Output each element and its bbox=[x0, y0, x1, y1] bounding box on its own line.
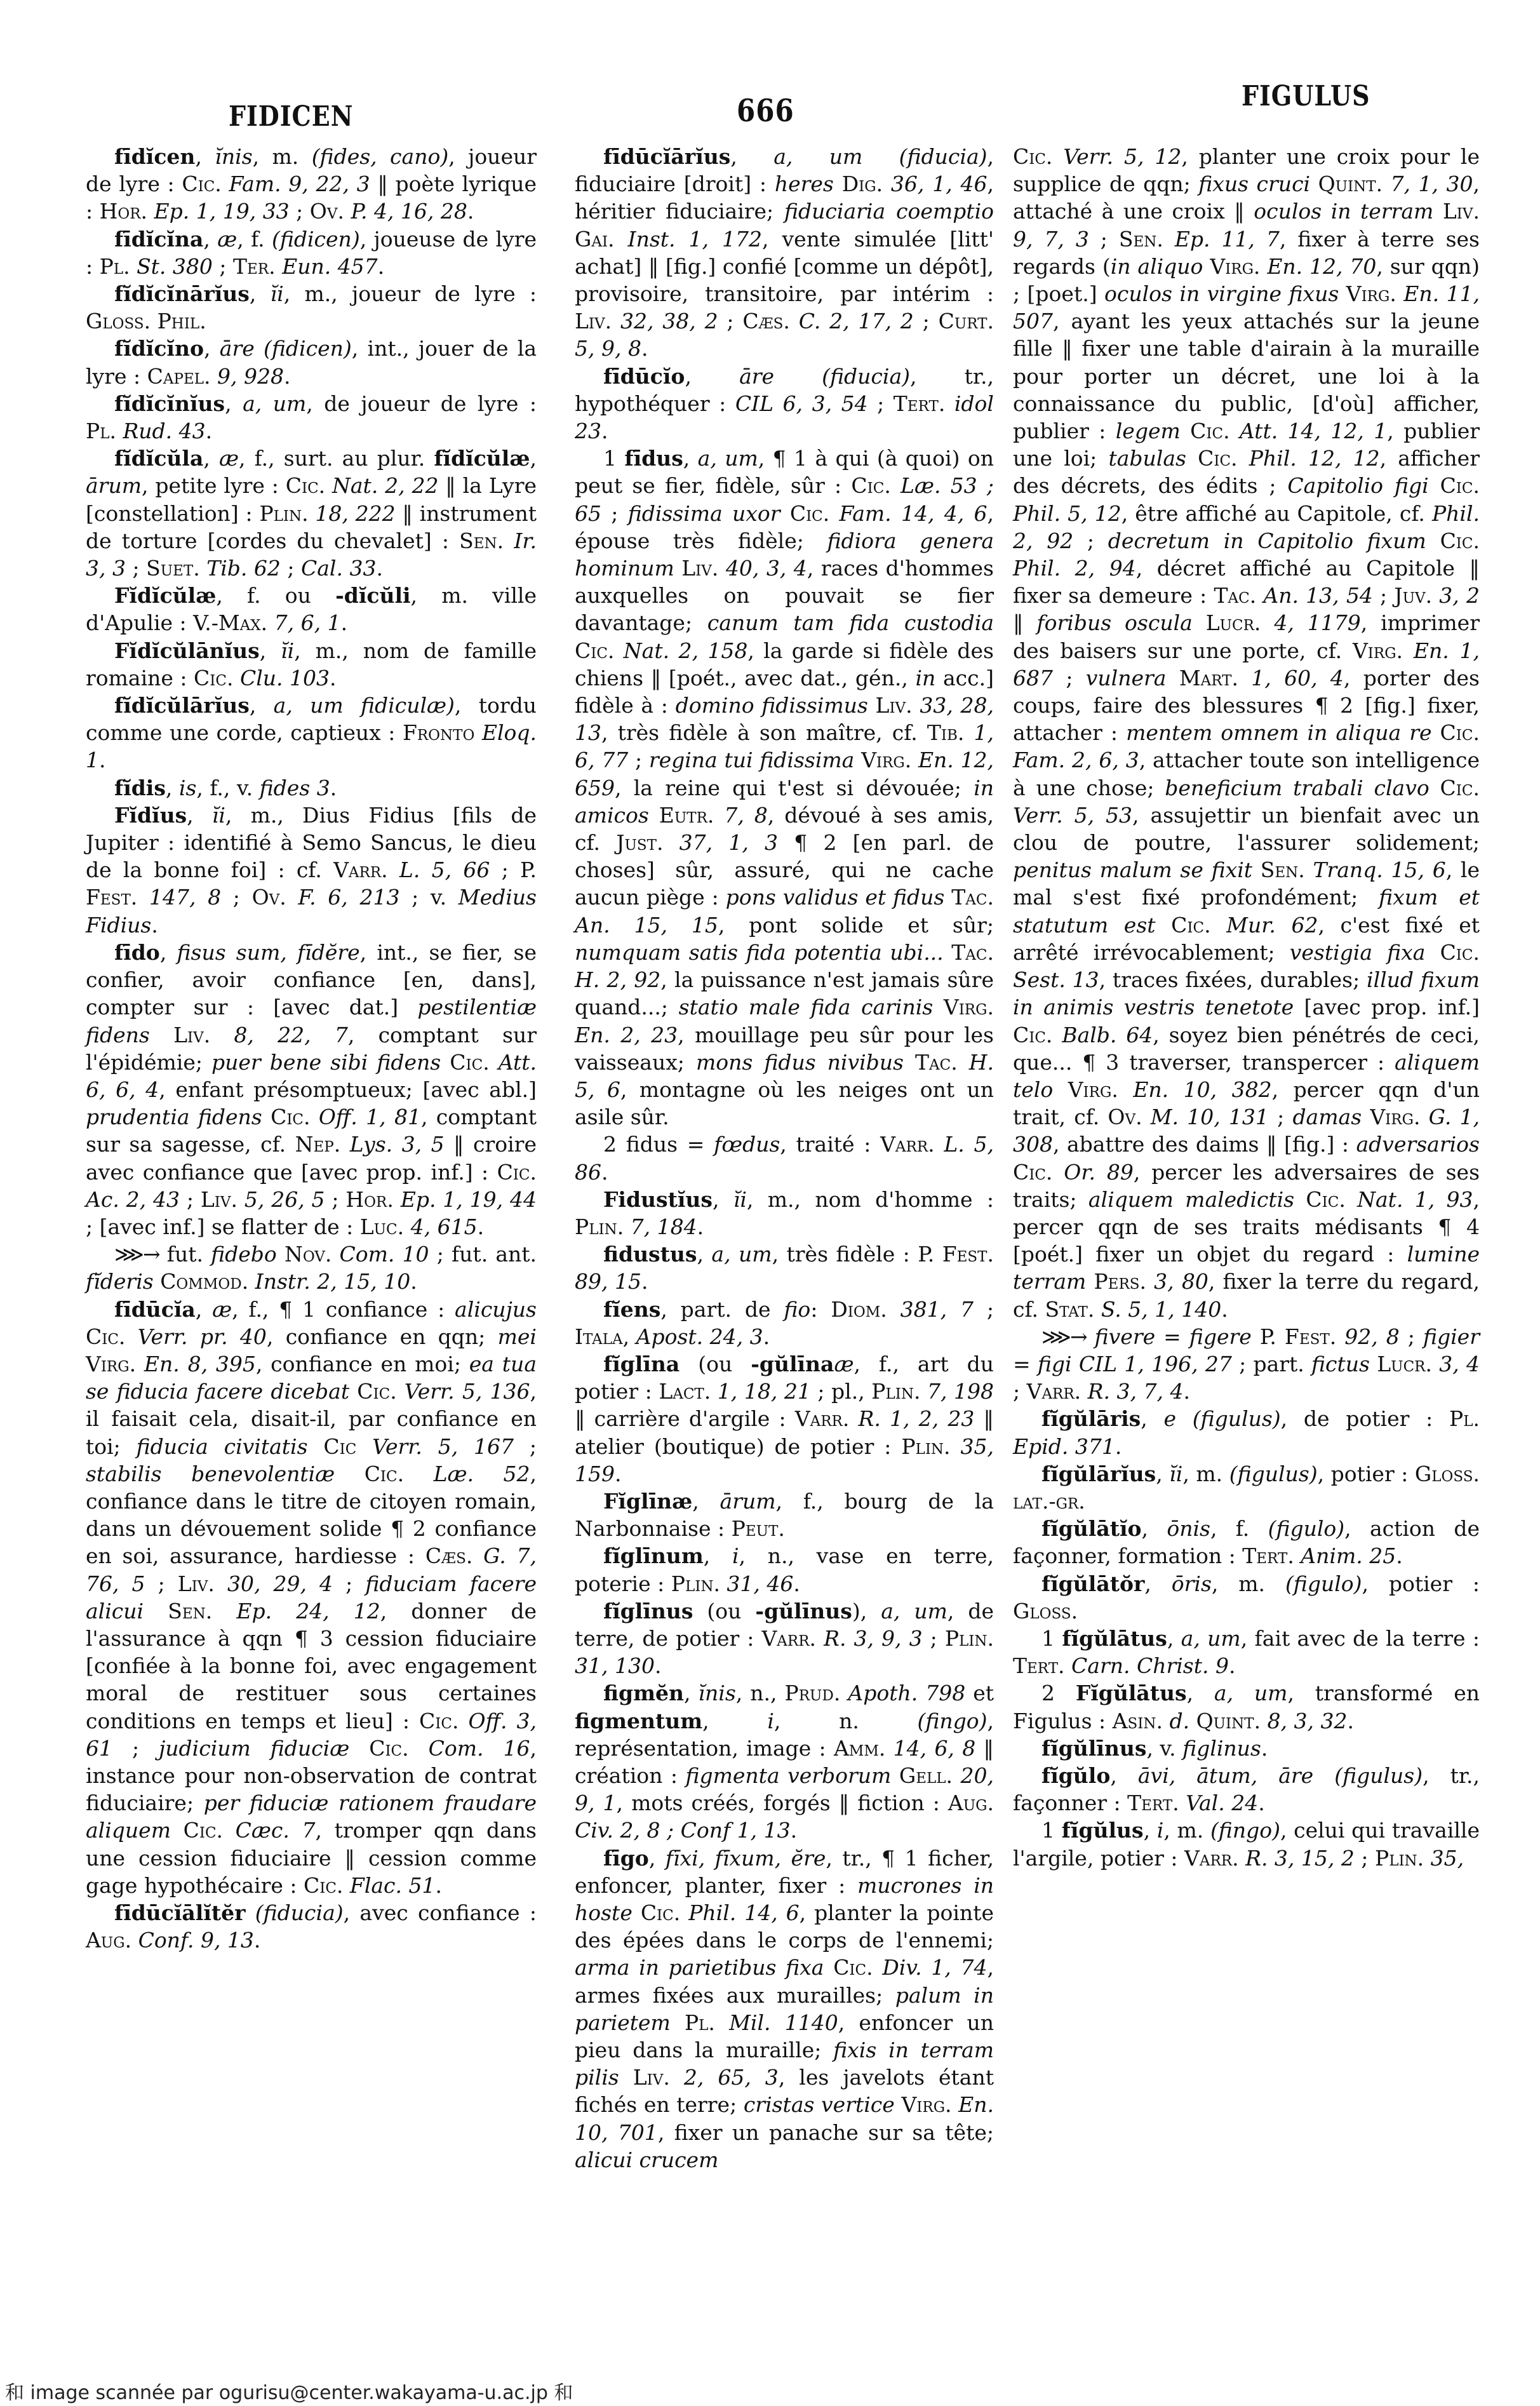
dictionary-entry: fĭgŭlātĭo, ōnis, f. (figulo), action de … bbox=[1013, 1515, 1480, 1569]
entry-text: Mur. 62 bbox=[1211, 913, 1318, 938]
entry-text: Varr. bbox=[880, 1132, 935, 1157]
entry-text: ; bbox=[1053, 666, 1086, 690]
entry-text: ; bbox=[325, 1187, 346, 1212]
dictionary-entry: fīdūcĭārĭus, a, um (fiducia), fiduciaire… bbox=[575, 143, 994, 363]
entry-text: Nat. 2, 158 bbox=[614, 638, 747, 663]
entry-text: , confiance en qqn; bbox=[267, 1324, 498, 1349]
entry-text: Phil. 2, 94 bbox=[1013, 556, 1136, 581]
headword: Fĭdĭcŭlæ bbox=[114, 583, 216, 608]
headword: fĭgŭlo bbox=[1041, 1763, 1110, 1788]
entry-text: P. Fest. bbox=[918, 1242, 994, 1267]
entry-text bbox=[1072, 1352, 1079, 1376]
entry-text bbox=[1429, 473, 1440, 498]
entry-text: 7, 8 bbox=[714, 803, 767, 828]
entry-text: fides 3 bbox=[260, 776, 330, 800]
entry-text: , f. bbox=[237, 227, 272, 252]
headword: Fĭdĭcŭlānĭus bbox=[114, 638, 260, 663]
entry-text: An. 15, 15 bbox=[575, 913, 718, 938]
arrow-icon: ⋙→ bbox=[114, 1242, 159, 1267]
entry-text bbox=[1430, 776, 1440, 800]
entry-text: aliquem maledictis bbox=[1088, 1187, 1294, 1212]
entry-text: Pl. bbox=[100, 254, 130, 279]
entry-text bbox=[944, 885, 951, 910]
column-left: fīdĭcen, ĭnis, m. (fides, cano), joueur … bbox=[86, 143, 537, 1954]
entry-text: Capel. bbox=[147, 364, 211, 389]
entry-text: , bbox=[1167, 1626, 1181, 1651]
entry-text: , bbox=[1144, 1571, 1171, 1596]
entry-text: . bbox=[793, 1571, 800, 1596]
entry-text: , abattre des daims ‖ [fig.] : bbox=[1053, 1132, 1356, 1157]
entry-text: arma in parietibus fixa bbox=[575, 1955, 824, 1980]
entry-text bbox=[674, 556, 681, 581]
entry-text: Ov. bbox=[252, 885, 286, 910]
entry-text: figmenta verborum bbox=[685, 1763, 891, 1788]
entry-text: Commod. bbox=[160, 1269, 248, 1294]
entry-text: , v. bbox=[1146, 1736, 1182, 1761]
headword: fĭdĭcĭnĭus bbox=[114, 391, 225, 416]
entry-text: 5, 9, 8 bbox=[575, 336, 641, 361]
entry-text: fio bbox=[784, 1297, 810, 1322]
entry-text: P. Fest. bbox=[1260, 1324, 1336, 1349]
entry-text: numquam satis fida potentia ubi... bbox=[575, 940, 944, 965]
entry-text: Liv. bbox=[178, 1571, 215, 1596]
entry-text bbox=[1181, 419, 1190, 443]
entry-text: ; bbox=[112, 1736, 159, 1761]
entry-text bbox=[649, 803, 659, 828]
entry-text: Ov. bbox=[310, 199, 344, 224]
entry-text: penitus malum se fixit bbox=[1013, 857, 1252, 882]
entry-text: Lys. 3, 5 bbox=[340, 1132, 444, 1157]
entry-text: decretum in Capitolio fixum bbox=[1108, 528, 1426, 553]
dictionary-entry: 1 fĭgŭlus, i, m. (fingo), celui qui trav… bbox=[1013, 1817, 1480, 1871]
entry-text: ; bbox=[923, 1626, 945, 1651]
entry-text: (figulo) bbox=[1268, 1516, 1345, 1541]
entry-text: æ bbox=[834, 1352, 854, 1376]
entry-text: Capitolio figi bbox=[1287, 473, 1428, 498]
entry-text: Virg. bbox=[1370, 1105, 1420, 1129]
entry-text: (figulus) bbox=[1229, 1462, 1318, 1486]
entry-text bbox=[1252, 1324, 1260, 1349]
entry-text: Virg. bbox=[1210, 254, 1260, 279]
entry-text: Cic. bbox=[497, 1160, 537, 1185]
dictionary-entry: ⋙→ fivere = figere P. Fest. 92, 8 ; figi… bbox=[1013, 1323, 1480, 1406]
entry-text bbox=[854, 748, 861, 772]
headword: fīgo bbox=[603, 1846, 649, 1871]
entry-text: Virg. bbox=[1353, 638, 1403, 663]
entry-text: Civ. 2, 8 ; Conf 1, 13 bbox=[575, 1818, 791, 1843]
entry-text: fīxi, fīxum, ĕre bbox=[666, 1846, 826, 1871]
entry-text bbox=[1203, 254, 1210, 279]
entry-text: d. bbox=[1163, 1709, 1189, 1733]
entry-text: Quint. bbox=[1196, 1709, 1261, 1733]
entry-text: Asin. bbox=[1113, 1709, 1163, 1733]
entry-text: Virg. bbox=[86, 1352, 136, 1376]
entry-text: R. 3, 7, 4 bbox=[1081, 1379, 1183, 1404]
entry-text bbox=[277, 1242, 285, 1267]
entry-text: , bbox=[649, 1846, 666, 1871]
entry-text: Tac. bbox=[951, 940, 994, 965]
entry-text: ; bbox=[126, 556, 146, 581]
entry-text: Val. 24 bbox=[1179, 1791, 1259, 1815]
entry-text: : bbox=[810, 1297, 831, 1322]
dictionary-entry: fīdĭcĭna, æ, f. (fidicen), joueuse de ly… bbox=[86, 225, 537, 280]
entry-text: 30, 29, 4 bbox=[215, 1571, 333, 1596]
entry-text: a, um bbox=[1214, 1681, 1288, 1705]
dictionary-entry: fīdūcĭālĭtĕr (fiducia), avec confiance :… bbox=[86, 1899, 537, 1954]
entry-text: , m., joueur de lyre : bbox=[284, 281, 537, 306]
headword: fidustus bbox=[603, 1242, 697, 1267]
entry-text bbox=[1339, 281, 1346, 306]
entry-text: figlinus bbox=[1182, 1736, 1261, 1761]
entry-text: Div. 1, 74 bbox=[873, 1955, 988, 1980]
entry-text: ĭi bbox=[281, 638, 294, 663]
entry-text: ; [avec inf.] se flatter de : bbox=[86, 1214, 360, 1239]
entry-text: ; bbox=[1089, 227, 1119, 252]
entry-text: ōnis bbox=[1167, 1516, 1210, 1541]
entry-text: regina tui fidissima bbox=[649, 748, 855, 772]
entry-text: 14, 6, 8 bbox=[885, 1736, 975, 1761]
entry-text: Sest. 13 bbox=[1013, 967, 1099, 992]
headword: fīdūcĭārĭus bbox=[603, 144, 730, 169]
entry-text: fiducia civitatis bbox=[137, 1434, 308, 1459]
entry-text: Tert. bbox=[1127, 1791, 1179, 1815]
entry-text: æ bbox=[217, 227, 237, 252]
headword: Fĭgŭlātus bbox=[1076, 1681, 1187, 1705]
entry-text: Cic. bbox=[365, 1462, 404, 1486]
entry-text: , bbox=[713, 1187, 733, 1212]
entry-text bbox=[891, 1763, 899, 1788]
dictionary-entry: Fĭdĭcŭlānĭus, ĭi, m., nom de famille rom… bbox=[86, 637, 537, 692]
entry-text: Tib. 62 bbox=[200, 556, 281, 581]
entry-text: Curt. bbox=[939, 309, 994, 333]
entry-text bbox=[1189, 1709, 1196, 1733]
entry-text: Tranq. 15, 6 bbox=[1305, 857, 1446, 882]
entry-text: Plin. bbox=[671, 1571, 720, 1596]
headword: fīdĭcen bbox=[114, 144, 195, 169]
entry-text: , bbox=[187, 803, 212, 828]
entry-text: (fiducia) bbox=[255, 1900, 344, 1925]
entry-text: Pl. bbox=[86, 419, 116, 443]
entry-text: a, um bbox=[698, 446, 758, 471]
entry-text bbox=[633, 1900, 641, 1925]
entry-text: Verr. pr. 40 bbox=[125, 1324, 266, 1349]
entry-text: , bbox=[692, 1489, 720, 1514]
entry-text: ; fut. ant. bbox=[429, 1242, 537, 1267]
entry-text: 7, 6, 1 bbox=[267, 610, 340, 635]
headword: fĭdĭcŭla bbox=[114, 446, 203, 471]
entry-text: a, um bbox=[1181, 1626, 1241, 1651]
entry-text: 32, 38, 2 bbox=[612, 309, 718, 333]
dictionary-entry: fīdūcĭo, āre (fiducia), tr., hypothéquer… bbox=[575, 363, 994, 445]
page-number: 666 bbox=[737, 93, 794, 128]
entry-text: (figulo) bbox=[1285, 1571, 1362, 1596]
entry-text: , bbox=[160, 940, 177, 965]
entry-text: 92, 8 bbox=[1336, 1324, 1400, 1349]
headword: fĭgŭlātŏr bbox=[1041, 1571, 1144, 1596]
dictionary-entry: fīgo, fīxi, fīxum, ĕre, tr., ¶ 1 ficher,… bbox=[575, 1845, 994, 2174]
entry-text: domino fidissimus bbox=[676, 693, 868, 718]
entry-text bbox=[780, 501, 790, 526]
entry-text: 9, 7, 3 bbox=[1013, 227, 1089, 252]
entry-text: fidissima uxor bbox=[628, 501, 780, 526]
dictionary-entry: fĭglīnus (ou -gŭlīnus), a, um, de terre,… bbox=[575, 1597, 994, 1680]
entry-text: (fingo) bbox=[918, 1709, 988, 1733]
entry-text: En. 10, 382 bbox=[1118, 1077, 1272, 1102]
entry-text: ; bbox=[213, 254, 233, 279]
entry-text: F. 6, 213 bbox=[286, 885, 400, 910]
entry-text: . bbox=[1229, 1653, 1236, 1678]
entry-text: , bbox=[684, 1681, 699, 1705]
entry-text: a, um (fiducia) bbox=[773, 144, 987, 169]
entry-text bbox=[349, 1736, 369, 1761]
entry-text: Dig. bbox=[842, 171, 883, 196]
dictionary-entry: fĭdĭcĭnārĭus, ĭi, m., joueur de lyre : G… bbox=[86, 280, 537, 335]
entry-text: Peut. bbox=[732, 1516, 785, 1541]
entry-text bbox=[868, 693, 876, 718]
entry-text: Cæs. bbox=[425, 1543, 473, 1568]
entry-text: ārum bbox=[720, 1489, 776, 1514]
entry-text: . bbox=[410, 1269, 417, 1294]
entry-text: , bbox=[260, 638, 281, 663]
entry-text: fixus cruci bbox=[1198, 171, 1310, 196]
entry-text: Virg. bbox=[901, 2092, 951, 2117]
entry-text: Verr. 5, 136 bbox=[397, 1379, 530, 1404]
entry-text: fidebo bbox=[211, 1242, 277, 1267]
entry-text: ), bbox=[852, 1599, 881, 1623]
entry-text: Gloss. bbox=[1013, 1599, 1078, 1623]
entry-text: . bbox=[341, 610, 348, 635]
entry-text: . bbox=[1115, 1434, 1122, 1459]
entry-text: Tac. bbox=[951, 885, 994, 910]
entry-text: , f. bbox=[1210, 1516, 1268, 1541]
dictionary-entry: fĭgŭlārĭus, ĭi, m. (figulus), potier : G… bbox=[1013, 1460, 1480, 1515]
entry-text: (ou bbox=[680, 1352, 751, 1376]
entry-text: 5, 26, 5 bbox=[238, 1187, 325, 1212]
entry-text: Phil. 14, 6 bbox=[680, 1900, 799, 1925]
entry-text: foribus oscula bbox=[1036, 610, 1192, 635]
entry-text: Liv. bbox=[201, 1187, 238, 1212]
entry-text: Cic. bbox=[450, 1050, 489, 1075]
entry-text bbox=[1310, 171, 1318, 196]
entry-text: Phil. 5, 12 bbox=[1013, 501, 1122, 526]
entry-text: fĭderis bbox=[86, 1269, 154, 1294]
entry-text: mei bbox=[498, 1324, 537, 1349]
entry-text: , petite lyre : bbox=[142, 473, 286, 498]
entry-text: 3, 2 bbox=[1432, 583, 1480, 608]
entry-text bbox=[1425, 940, 1440, 965]
headword: fĭdĭcĭnārĭus bbox=[114, 281, 250, 306]
headword: Fĭglīnæ bbox=[603, 1489, 692, 1514]
entry-text: 1, 60, 4 bbox=[1238, 666, 1344, 690]
entry-text: Liv. bbox=[681, 556, 718, 581]
entry-text: Plin. bbox=[945, 1626, 994, 1651]
entry-text: Ep. 11, 7 bbox=[1163, 227, 1280, 252]
entry-text bbox=[1186, 446, 1198, 471]
entry-text: Just. bbox=[616, 830, 663, 855]
running-head-left: FIDICEN bbox=[229, 100, 353, 133]
column-right: Cic. Verr. 5, 12, planter une croix pour… bbox=[1013, 143, 1480, 1872]
entry-text: (fides, cano) bbox=[312, 144, 449, 169]
headword: fĭgŭlīnus bbox=[1041, 1736, 1146, 1761]
entry-text: , f. ou bbox=[216, 583, 335, 608]
entry-text: 7, 1, 30 bbox=[1383, 171, 1473, 196]
entry-text: ĭi bbox=[212, 803, 225, 828]
headword: fīdo bbox=[114, 940, 160, 965]
entry-text: ; bbox=[1373, 583, 1395, 608]
entry-text: Quint. bbox=[1318, 171, 1383, 196]
entry-text: . bbox=[330, 776, 337, 800]
entry-text: L. 5, 66 bbox=[388, 857, 490, 882]
entry-text: Ep. 24, 12 bbox=[212, 1599, 380, 1623]
entry-text: , n. bbox=[774, 1709, 918, 1733]
entry-text: 1 bbox=[603, 446, 624, 471]
dictionary-entry: Fĭdĭcŭlæ, f. ou -dĭcŭli, m. ville d'Apul… bbox=[86, 582, 537, 636]
entry-text: , m. bbox=[1163, 1818, 1210, 1843]
entry-text: Gloss. Phil. bbox=[86, 309, 206, 333]
entry-text: , bbox=[166, 776, 179, 800]
entry-text: , bbox=[1110, 1763, 1138, 1788]
entry-text: e (figulus) bbox=[1163, 1406, 1280, 1431]
entry-text: R. 3, 15, 2 bbox=[1239, 1846, 1355, 1871]
entry-text: , n., bbox=[736, 1681, 785, 1705]
entry-text: tabulas bbox=[1108, 446, 1186, 471]
entry-text: Tib. bbox=[927, 720, 965, 745]
entry-text: 2 bbox=[1041, 1681, 1076, 1705]
entry-text: Rud. 43 bbox=[116, 419, 206, 443]
entry-text: Tert. bbox=[894, 391, 946, 416]
headword: fĭgŭlārĭus bbox=[1041, 1462, 1156, 1486]
entry-text: . bbox=[1348, 1709, 1355, 1733]
entry-text: Anim. 25 bbox=[1294, 1543, 1396, 1568]
entry-text: Ep. 1, 19, 44 bbox=[394, 1187, 537, 1212]
dictionary-entry: fīdĭcen, ĭnis, m. (fides, cano), joueur … bbox=[86, 143, 537, 225]
entry-text: . bbox=[615, 1462, 622, 1486]
entry-text: ; bbox=[145, 1571, 178, 1596]
entry-text: beneficium trabali clavo bbox=[1165, 776, 1429, 800]
entry-text: ; bbox=[290, 199, 310, 224]
entry-text: ‖ bbox=[1013, 610, 1036, 635]
entry-text: . bbox=[1183, 1379, 1190, 1404]
entry-text bbox=[895, 2092, 902, 2117]
entry-text: Cic. bbox=[1306, 1187, 1345, 1212]
entry-text: Cic. bbox=[1013, 1023, 1052, 1047]
entry-text: Liv. bbox=[633, 2065, 670, 2090]
entry-text: Carn. Christ. 9 bbox=[1065, 1653, 1229, 1678]
entry-text: mons fidus nivibus bbox=[696, 1050, 904, 1075]
headword: fĭens bbox=[603, 1297, 660, 1322]
dictionary-entry: 2 fidus = fœdus, traité : Varr. L. 5, 86… bbox=[575, 1131, 994, 1185]
entry-text: ; bbox=[281, 556, 301, 581]
entry-text: . bbox=[1396, 1543, 1403, 1568]
entry-text: 4, 1179 bbox=[1261, 610, 1360, 635]
entry-text: , bbox=[250, 693, 274, 718]
entry-text: Cic. bbox=[1013, 1160, 1052, 1185]
entry-text: Stat. bbox=[1045, 1297, 1095, 1322]
entry-text: Aug. bbox=[948, 1791, 994, 1815]
entry-text: ; bbox=[180, 1187, 201, 1212]
entry-text: Epid. 371 bbox=[1013, 1434, 1115, 1459]
entry-text: 7, 198 bbox=[920, 1379, 994, 1404]
entry-text: Cic. bbox=[833, 1955, 873, 1980]
entry-text: adversarios bbox=[1356, 1132, 1480, 1157]
entry-text: Varr. bbox=[1184, 1846, 1239, 1871]
entry-text: 36, 1, 46 bbox=[883, 171, 987, 196]
entry-text: , traces fixées, durables; bbox=[1099, 967, 1367, 992]
entry-text: Suet. bbox=[146, 556, 200, 581]
entry-text: , m. bbox=[253, 144, 312, 169]
entry-text: Aug. bbox=[86, 1928, 131, 1952]
entry-text: ; bbox=[1073, 528, 1108, 553]
entry-text: Cic. bbox=[86, 1324, 125, 1349]
entry-text: . bbox=[1258, 1791, 1265, 1815]
entry-text: , m. bbox=[1212, 1571, 1285, 1596]
headword: fīdūcĭa bbox=[114, 1297, 196, 1322]
dictionary-entry: fĭdis, is, f., v. fides 3. bbox=[86, 774, 537, 802]
entry-text: Pl. bbox=[685, 2010, 715, 2035]
entry-text: 7, 184 bbox=[624, 1214, 697, 1239]
entry-text: Varr. bbox=[761, 1626, 816, 1651]
entry-text: ; bbox=[718, 309, 743, 333]
entry-text: Cic bbox=[323, 1434, 356, 1459]
headword: fĭgŭlus bbox=[1062, 1818, 1144, 1843]
entry-text: oculos in virgine fixus bbox=[1104, 281, 1339, 306]
entry-text: Liv. bbox=[173, 1023, 210, 1047]
entry-text: et bbox=[965, 1681, 994, 1705]
entry-text: Cic. bbox=[1440, 720, 1480, 745]
entry-text: H. 2, 92 bbox=[575, 967, 660, 992]
entry-text bbox=[904, 1050, 915, 1075]
entry-text: Tert. bbox=[1242, 1543, 1294, 1568]
entry-text: ‖ carrière d'argile : bbox=[575, 1406, 795, 1431]
entry-text: Cic. bbox=[194, 666, 233, 690]
entry-text: in bbox=[916, 666, 936, 690]
entry-text: , bbox=[623, 1324, 630, 1349]
entry-text: , bbox=[1187, 1681, 1214, 1705]
entry-text: , bbox=[203, 227, 217, 252]
entry-text: , bbox=[702, 1709, 767, 1733]
entry-text: Fronto bbox=[403, 720, 474, 745]
entry-text: Virg. bbox=[1068, 1077, 1118, 1102]
entry-text: CIL 1, 196, 27 bbox=[1079, 1352, 1232, 1376]
entry-text bbox=[246, 1900, 255, 1925]
entry-text bbox=[1087, 1324, 1095, 1349]
entry-text: ; part. bbox=[1232, 1352, 1311, 1376]
dictionary-entry: fĭdĭcŭlārĭus, a, um fidiculæ), tordu com… bbox=[86, 692, 537, 774]
entry-text: . bbox=[376, 556, 383, 581]
entry-text: ĭnis bbox=[215, 144, 252, 169]
entry-text: , mots créés, forgés ‖ fiction : bbox=[617, 1791, 948, 1815]
entry-text: Cæs. bbox=[742, 309, 790, 333]
entry-text: in aliquo bbox=[1111, 254, 1203, 279]
entry-text bbox=[1426, 528, 1440, 553]
entry-text: ĭi bbox=[271, 281, 284, 306]
entry-text: Sen. bbox=[459, 528, 504, 553]
entry-text: Cal. 33 bbox=[301, 556, 376, 581]
entry-text: , part. de bbox=[660, 1297, 784, 1322]
entry-text: ; bbox=[221, 885, 251, 910]
dictionary-entry: fĭdĭcĭno, āre (fidicen), int., jouer de … bbox=[86, 335, 537, 389]
entry-text: ; bbox=[628, 748, 649, 772]
entry-text: En. 12, 70 bbox=[1260, 254, 1376, 279]
entry-text: . bbox=[330, 666, 337, 690]
dictionary-entry: figmĕn, ĭnis, n., Prud. Apoth. 798 et fi… bbox=[575, 1679, 994, 1844]
dictionary-entry: 1 fĭgŭlātus, a, um, fait avec de la terr… bbox=[1013, 1625, 1480, 1679]
entry-text: Cic. bbox=[851, 473, 890, 498]
entry-text bbox=[154, 1269, 161, 1294]
entry-text bbox=[619, 2065, 633, 2090]
entry-text: Ter. bbox=[233, 254, 276, 279]
entry-text: Cic. bbox=[1171, 913, 1210, 938]
